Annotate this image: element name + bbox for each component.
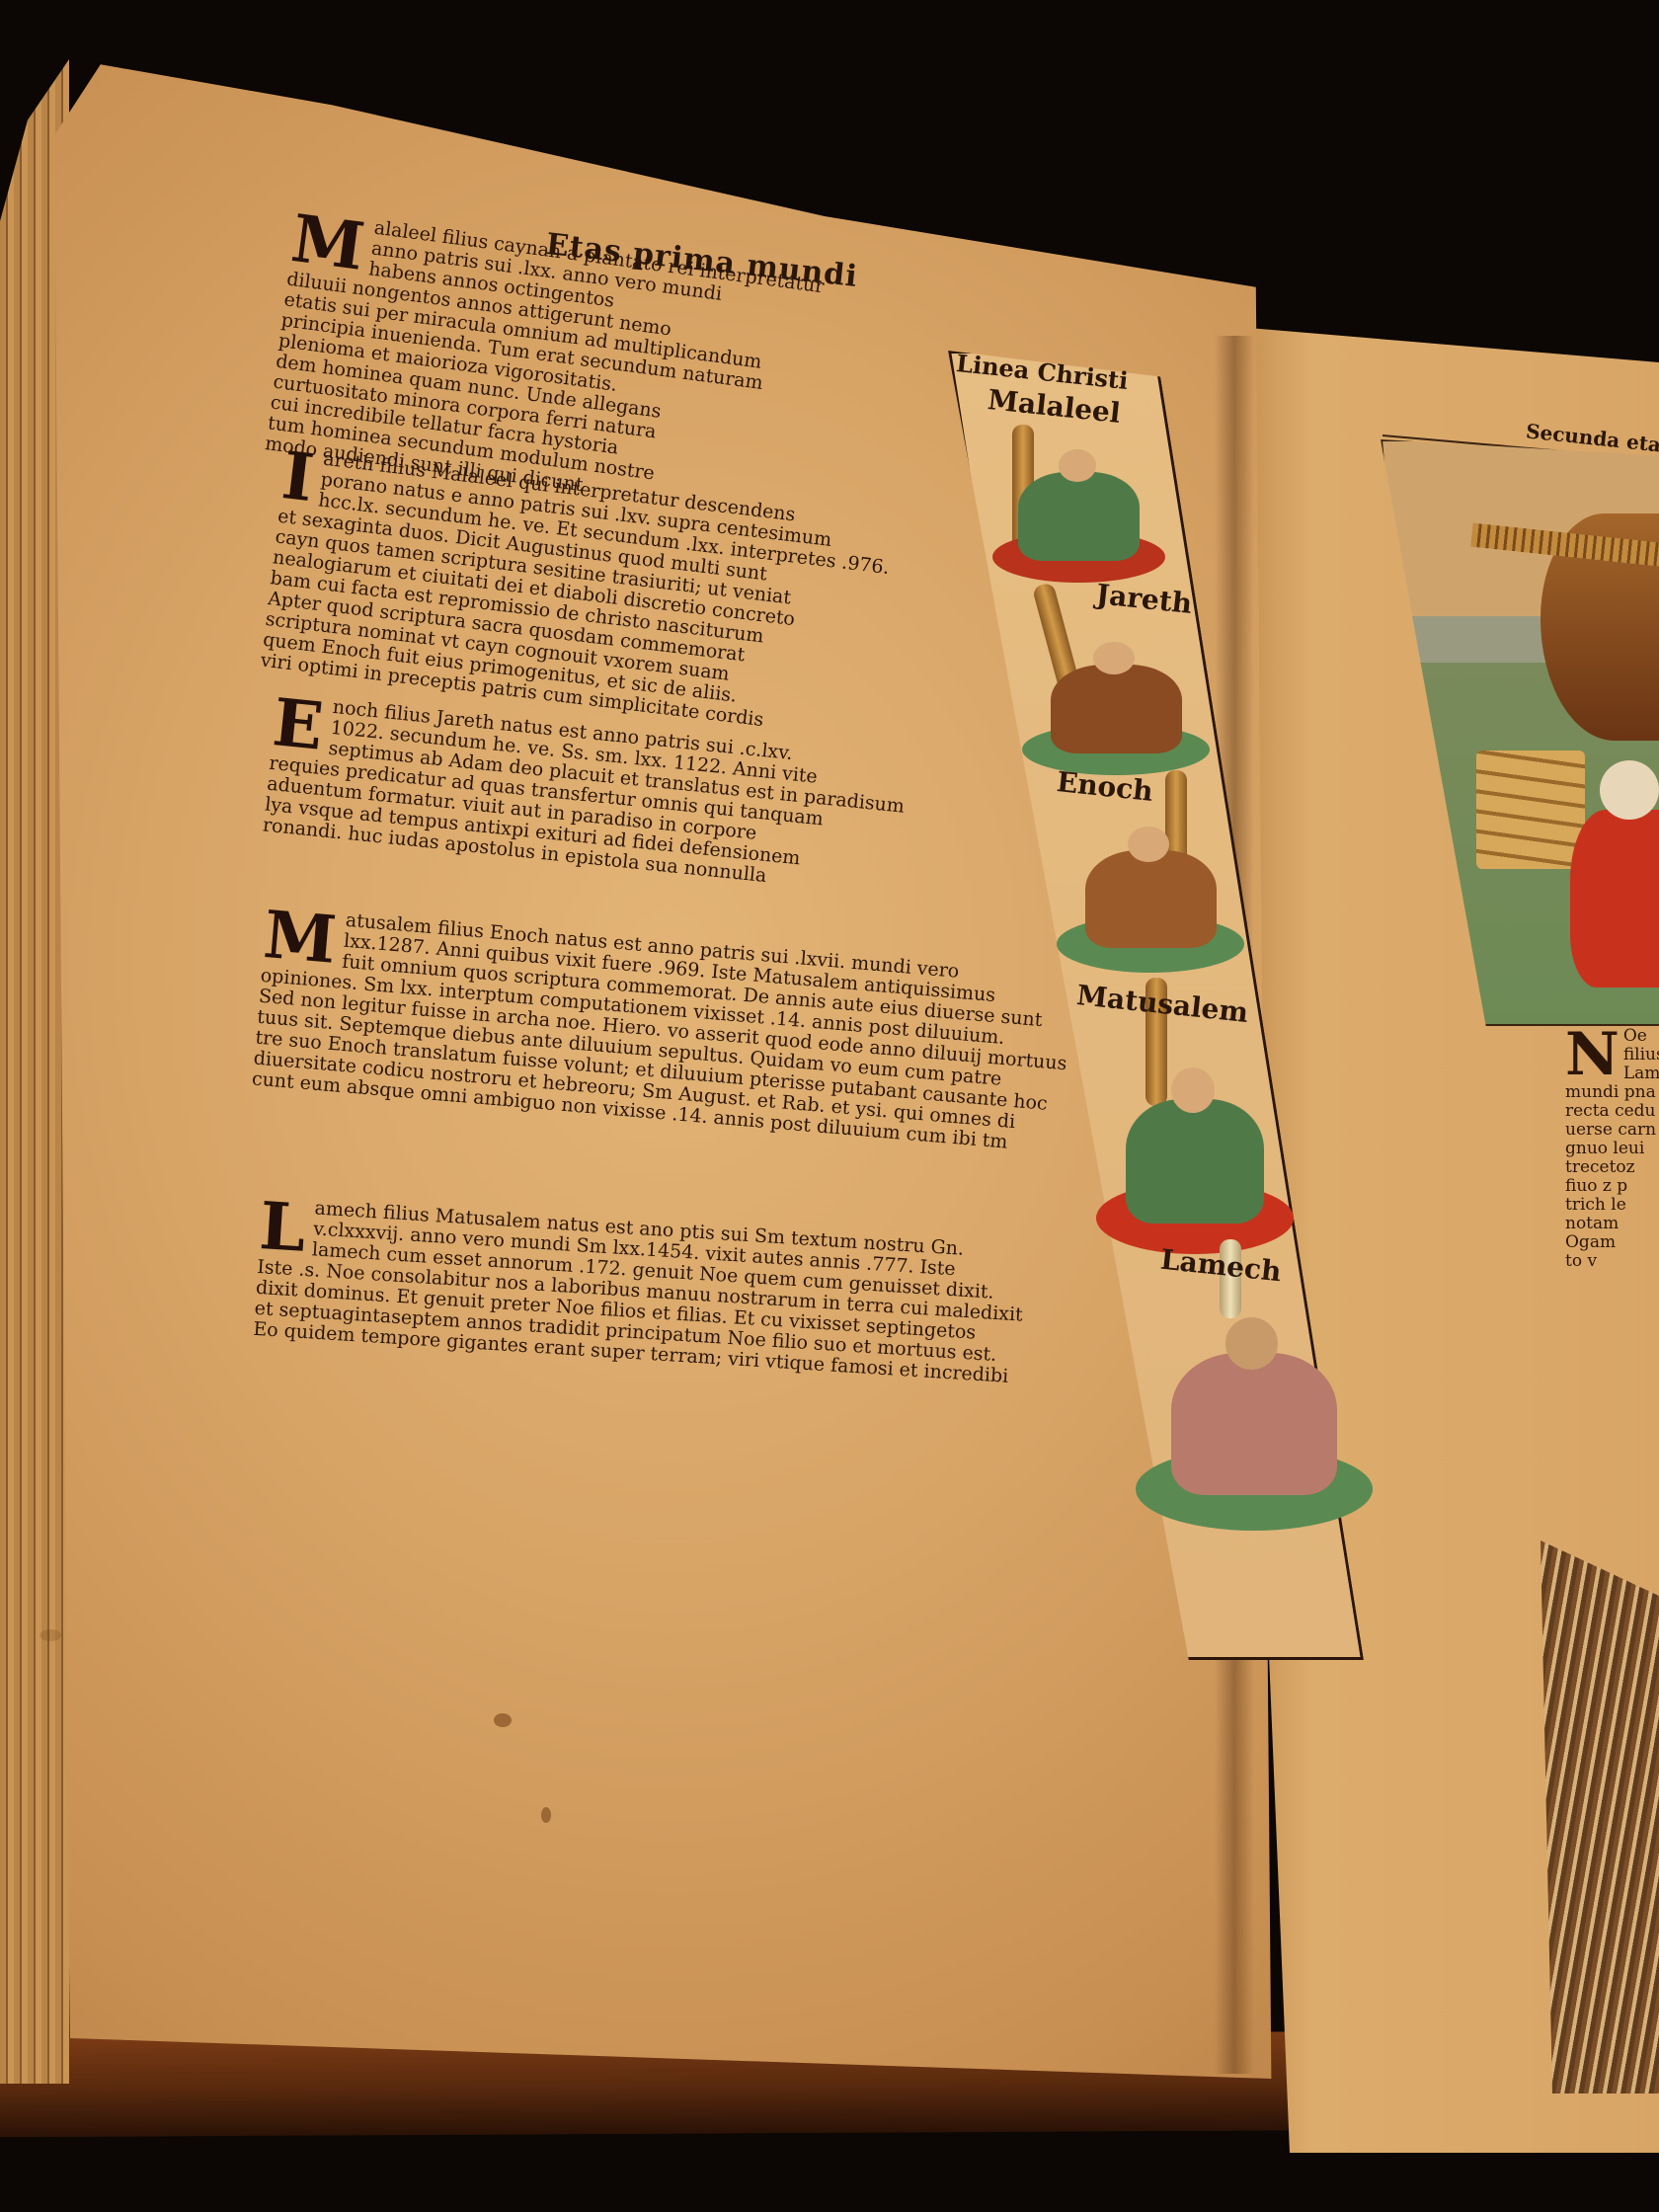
portrait-jareth — [1022, 627, 1210, 775]
right-binding-threads — [1540, 1540, 1659, 2093]
drop-cap: I — [279, 444, 317, 509]
text-line: mundi pna — [1565, 1083, 1659, 1102]
drop-cap: M — [262, 904, 339, 971]
drop-cap: L — [258, 1195, 307, 1259]
book-photo-scene: Etas prima mundi M alaleel filius caynan… — [0, 0, 1659, 2212]
drop-cap: E — [271, 691, 326, 757]
portrait-lamech — [1136, 1294, 1373, 1531]
foxing-spot — [39, 1629, 61, 1641]
text-line: Lamech — [1623, 1065, 1659, 1083]
drop-cap: M — [288, 207, 368, 277]
ark-timbers — [1476, 750, 1585, 869]
ark-worker-head — [1600, 760, 1659, 820]
portrait-malaleel — [992, 434, 1165, 583]
portrait-enoch — [1057, 810, 1244, 973]
foxing-spot — [494, 1713, 512, 1727]
text-line: to v — [1565, 1252, 1659, 1271]
portrait-matusalem — [1096, 1047, 1294, 1254]
drop-cap: N — [1565, 1027, 1619, 1082]
text-line: Ogam — [1565, 1233, 1659, 1252]
text-line: notam — [1565, 1215, 1659, 1233]
text-line: uerse carn — [1565, 1121, 1659, 1140]
text-line: trecetoz — [1565, 1158, 1659, 1177]
text-line: gnuo leui — [1565, 1140, 1659, 1158]
text-line: trich le — [1565, 1196, 1659, 1215]
text-line: fiuo z p — [1565, 1177, 1659, 1196]
text-line: Oe — [1623, 1027, 1659, 1046]
foxing-spot — [541, 1807, 551, 1823]
ark-worker-figure — [1570, 810, 1659, 987]
text-line: recta cedu — [1565, 1102, 1659, 1121]
text-line: filius — [1623, 1046, 1659, 1065]
right-page-column: N Oe filius Lamech mundi pna recta cedu … — [1565, 1027, 1659, 1271]
